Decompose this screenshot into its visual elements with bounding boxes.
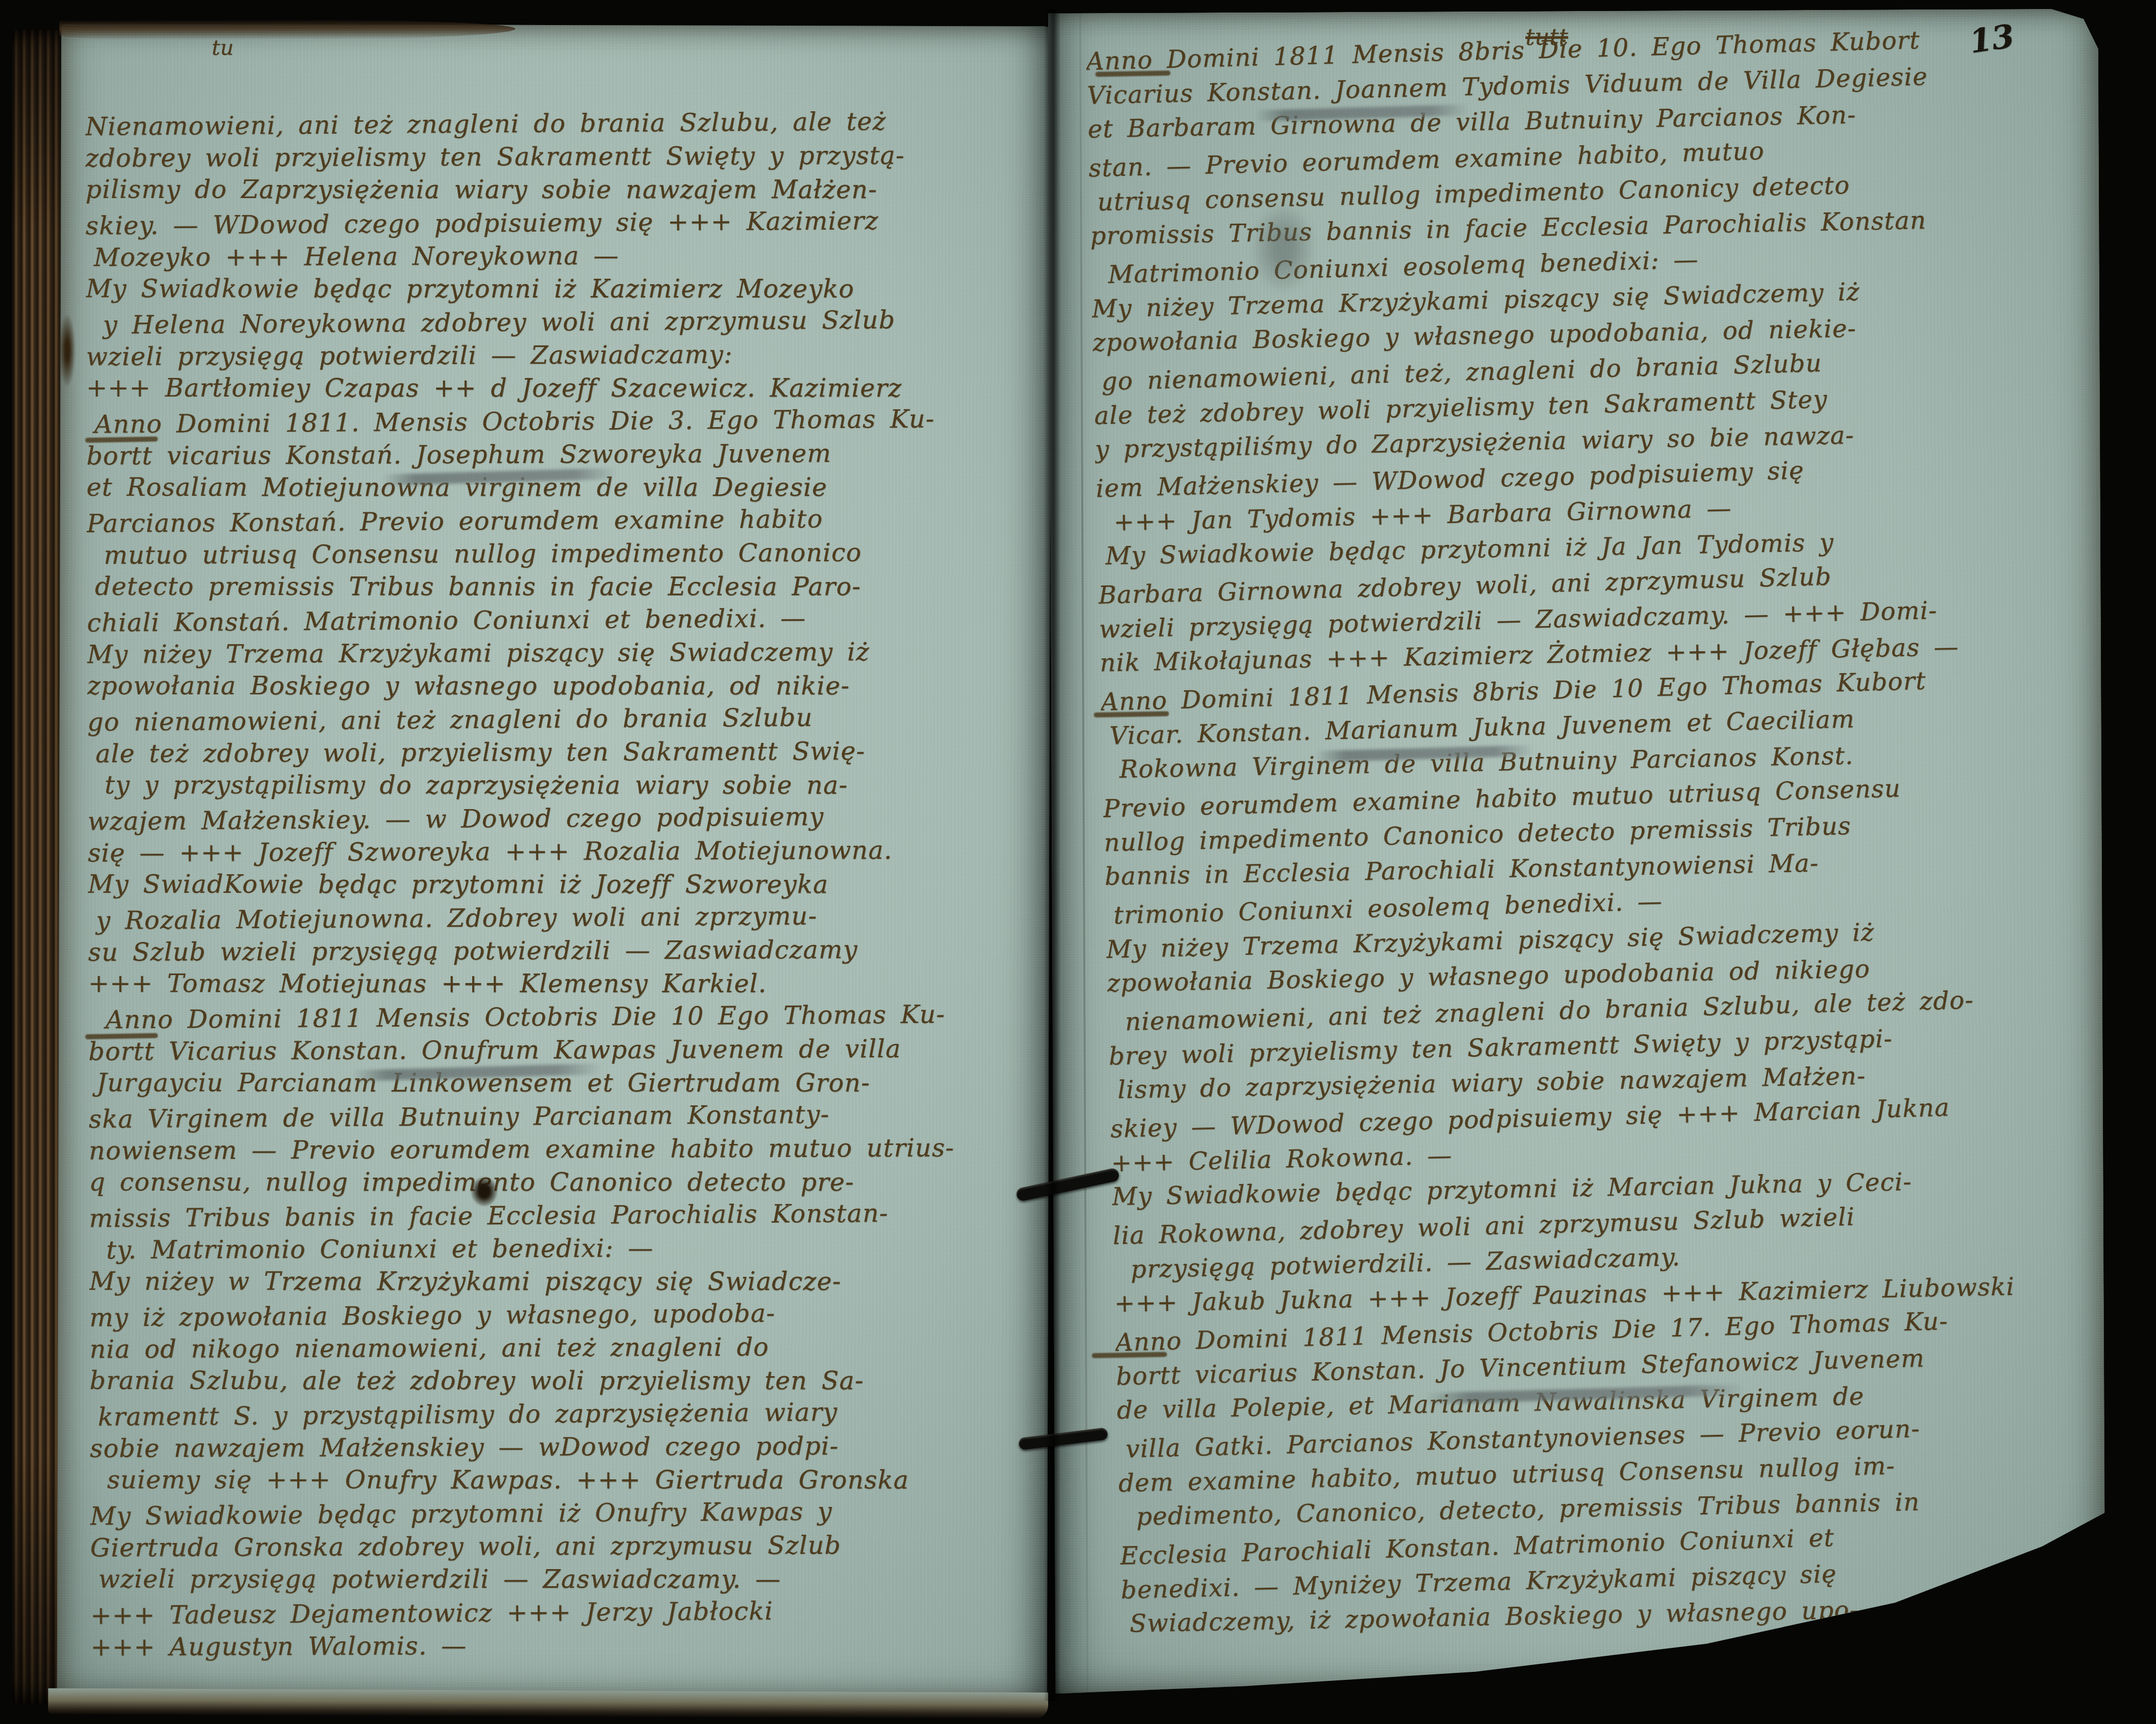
manuscript-line: my iż zpowołania Boskiego y własnego, up… <box>89 1295 1044 1335</box>
manuscript-line: detecto premissis Tribus bannis in facie… <box>95 570 1042 604</box>
book-scan: tu Nienamowieni, ani też znagleni do bra… <box>0 0 2156 1724</box>
manuscript-line: Anno Domini 1811. Mensis Octobris Die 3.… <box>94 402 1041 442</box>
manuscript-line: zpowołania Boskiego y własnego upodobani… <box>87 670 1042 703</box>
left-page: tu Nienamowieni, ani też znagleni do bra… <box>57 24 1052 1700</box>
right-page: tutt 13 Anno Domini 1811 Mensis 8bris Di… <box>1048 9 2106 1693</box>
manuscript-line: wzieli przysięgą potwierdzili — Zaswiadc… <box>86 337 1041 374</box>
manuscript-line: skiey. — WDowod czego podpisuiemy się ++… <box>86 204 1041 243</box>
manuscript-line: ska Virginem de villa Butnuiny Parcianam… <box>89 1097 1044 1136</box>
right-page-text: Anno Domini 1811 Mensis 8bris Die 10. Eg… <box>1086 21 2120 1662</box>
manuscript-line: q consensu, nullog impedimento Canonico … <box>89 1166 1044 1200</box>
manuscript-line: y Helena Noreykowna zdobrey woli ani zpr… <box>103 303 1041 342</box>
manuscript-line: zdobrey woli przyielismy ten Sakramentt … <box>85 139 1040 175</box>
ink-blot <box>471 1177 497 1206</box>
manuscript-line: wzieli przysięgą potwierdzili — Zaswiadc… <box>98 1563 1045 1597</box>
manuscript-line: suiemy się +++ Onufry Kawpas. +++ Giertr… <box>107 1464 1045 1497</box>
manuscript-line: My niżey Trzema Krzyżykami piszący się S… <box>87 635 1042 672</box>
manuscript-line: My Swiadkowie będąc przytomni iż Kazimie… <box>86 273 1041 306</box>
manuscript-line: kramentt S. y przystąpilismy do zaprzysi… <box>98 1395 1045 1434</box>
manuscript-line: bortt vicarius Konstań. Josephum Szworey… <box>86 437 1041 473</box>
pencil-smudge <box>1252 205 1314 292</box>
manuscript-line: My SwiadKowie będąc przytomni iż Jozeff … <box>88 868 1043 902</box>
manuscript-line: sobie nawzajem Małżenskiey — wDowod czeg… <box>90 1429 1045 1466</box>
torn-paper-edge <box>59 20 515 41</box>
ink-blot <box>59 315 75 386</box>
manuscript-line: ale też zdobrey woli, przyielismy ten Sa… <box>95 734 1042 771</box>
manuscript-line: +++ Bartłomiey Czapas ++ d Jozeff Szacew… <box>86 372 1041 406</box>
manuscript-line: go nienamowieni, ani też znagleni do bra… <box>87 700 1042 739</box>
left-page-text: Nienamowieni, ani też znagleni do brania… <box>85 106 1046 1678</box>
manuscript-line: Giertruda Gronska zdobrey woli, ani zprz… <box>90 1528 1045 1565</box>
manuscript-line: Anno Domini 1811 Mensis Octobris Die 10 … <box>105 998 1043 1037</box>
manuscript-line: nowiensem — Previo eorumdem examine habi… <box>89 1131 1044 1168</box>
manuscript-line: Mozeyko +++ Helena Noreykowna — <box>94 238 1041 275</box>
manuscript-line: mutuo utriusq Consensu nullog impediment… <box>104 536 1042 572</box>
manuscript-line: brania Szlubu, ale też zdobrey woli przy… <box>90 1365 1045 1398</box>
manuscript-line: Nienamowieni, ani też znagleni do brania… <box>85 106 1040 144</box>
manuscript-line: My Swiadkowie będąc przytomni iż Onufry … <box>90 1494 1045 1534</box>
manuscript-line: My niżey w Trzema Krzyżykami piszący się… <box>89 1265 1044 1299</box>
manuscript-line: y Rozalia Motiejunowna. Zdobrey woli ani… <box>96 898 1043 938</box>
manuscript-line: Parcianos Konstań. Previo eorumdem exami… <box>87 501 1042 541</box>
manuscript-line: ty y przystąpilismy do zaprzysiężenia wi… <box>105 769 1043 803</box>
manuscript-line: wzajem Małżenskiey. — w Dowod czego podp… <box>88 799 1043 839</box>
manuscript-line: +++ Augustyn Walomis. — <box>91 1628 1046 1664</box>
manuscript-line: się — +++ Jozeff Szworeyka +++ Rozalia M… <box>88 834 1043 870</box>
manuscript-line: +++ Tomasz Motiejunas +++ Klemensy Karki… <box>88 968 1043 1001</box>
manuscript-line: ty. Matrimonio Coniunxi et benedixi: — <box>106 1231 1044 1267</box>
manuscript-line: nia od nikogo nienamowieni, ani też znag… <box>89 1330 1044 1367</box>
header-mark-left: tu <box>212 35 234 60</box>
manuscript-line: bortt Vicarius Konstan. Onufrum Kawpas J… <box>88 1032 1043 1069</box>
manuscript-line: su Szlub wzieli przysięgą potwierdzili —… <box>88 933 1043 970</box>
book-spine-page-edges <box>12 30 62 1704</box>
manuscript-line: +++ Tadeusz Dejamentowicz +++ Jerzy Jabł… <box>90 1593 1045 1633</box>
manuscript-line: chiali Konstań. Matrimonio Coniunxi et b… <box>87 601 1042 640</box>
manuscript-line: pilismy do Zaprzysiężenia wiary sobie na… <box>85 173 1040 207</box>
manuscript-line: missis Tribus banis in facie Ecclesia Pa… <box>89 1196 1044 1236</box>
page-edges-bottom <box>48 1688 1048 1719</box>
